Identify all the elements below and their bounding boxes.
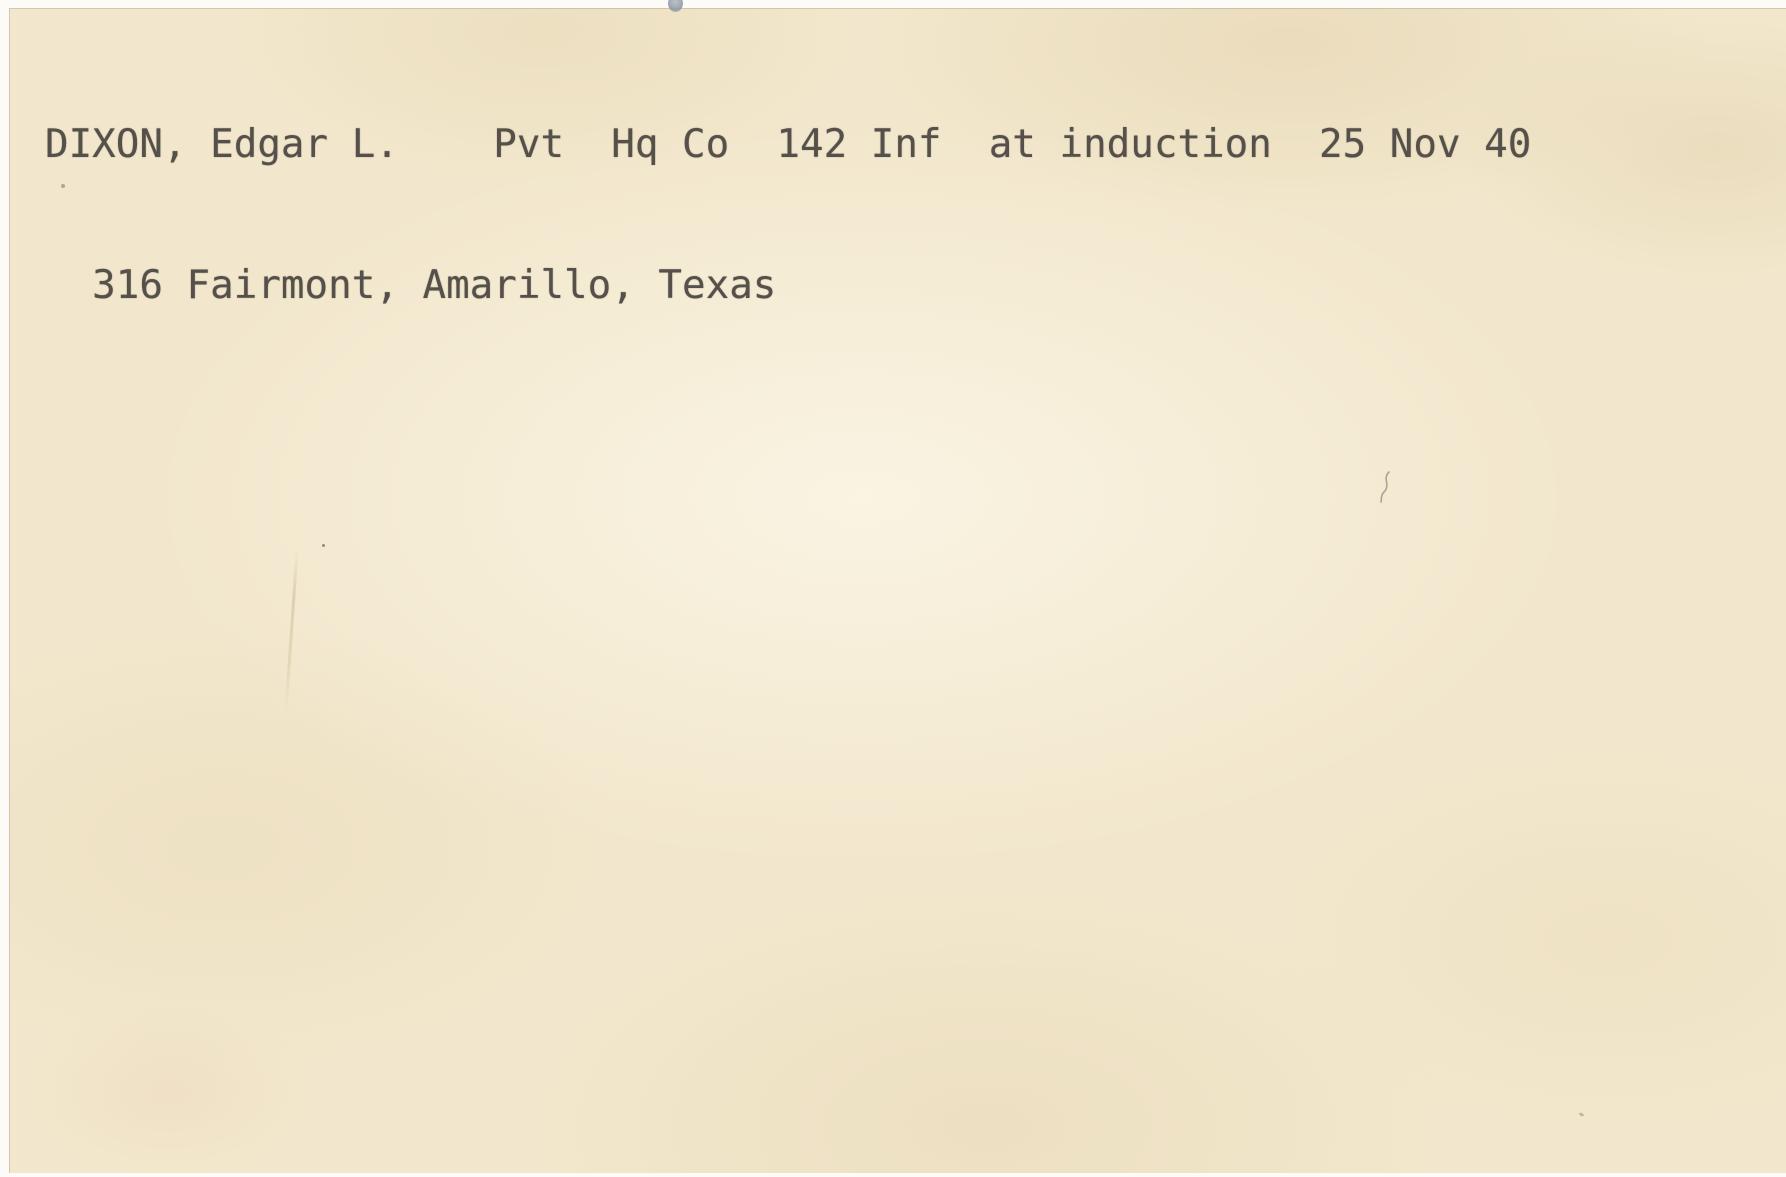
paper-speck [1579, 1112, 1585, 1117]
typed-text-block: DIXON, Edgar L. Pvt Hq Co 142 Inf at ind… [45, 27, 1531, 403]
typed-line-address: 316 Fairmont, Amarillo, Texas [45, 262, 1531, 309]
typed-line-name-rank-unit-date: DIXON, Edgar L. Pvt Hq Co 142 Inf at ind… [45, 121, 1531, 168]
paper-speck [61, 184, 65, 188]
paper-speck [322, 544, 325, 547]
paper-fiber-speck [1377, 470, 1393, 504]
paper-crease [284, 548, 299, 713]
index-card: DIXON, Edgar L. Pvt Hq Co 142 Inf at ind… [9, 8, 1786, 1173]
